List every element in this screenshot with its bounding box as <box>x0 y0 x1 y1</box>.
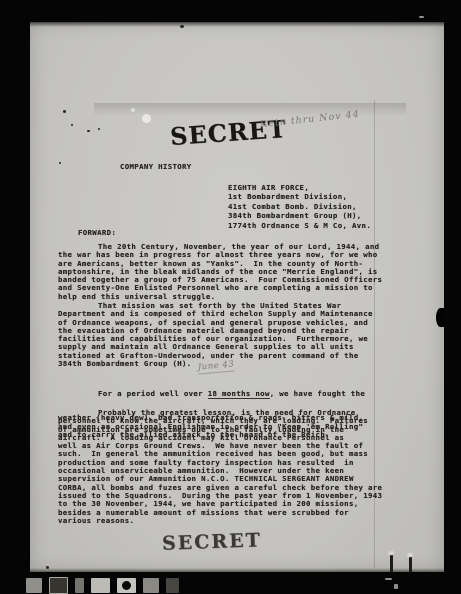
text-line: 384th Bombardment Group (H). <box>58 360 398 368</box>
paragraph-2: That mission was set forth by the United… <box>58 302 398 368</box>
text-line: For a period well over 18 months now, we… <box>58 390 398 398</box>
film-edge-blob <box>436 308 445 327</box>
punch-hole <box>142 114 151 123</box>
scan-speck <box>87 130 90 132</box>
test-patch <box>75 578 84 593</box>
unit-address-block: EIGHTH AIR FORCE,1st Bombardment Divisio… <box>228 184 371 231</box>
test-patch-with-circle <box>117 578 136 593</box>
scan-speck <box>59 162 61 164</box>
text-line: various reasons. <box>58 517 398 525</box>
test-patch <box>143 578 159 593</box>
film-tick-glow <box>388 551 394 555</box>
test-patch <box>26 578 42 593</box>
film-tick-mark <box>409 557 412 572</box>
film-edge-mark <box>385 578 392 580</box>
scan-speck <box>63 110 66 113</box>
scan-speck <box>180 25 184 28</box>
scan-speck <box>98 128 100 130</box>
film-test-patch-strip <box>26 577 179 593</box>
document-title: COMPANY HISTORY <box>120 163 192 171</box>
scan-speck <box>71 124 73 126</box>
page-bottom-edge <box>30 568 444 572</box>
line-segment: , we have fought the <box>270 389 365 398</box>
scan-speck <box>46 566 49 569</box>
film-edge-mark <box>394 584 398 589</box>
punch-hole-small <box>131 108 135 112</box>
page-top-edge <box>30 22 444 27</box>
film-tick-mark <box>390 555 393 572</box>
test-patch <box>49 577 68 594</box>
film-tick-glow <box>407 553 413 557</box>
circle-target <box>122 581 131 590</box>
secret-stamp-bottom: SECRET <box>162 529 262 554</box>
foreword-label: FORWARD: <box>78 229 116 237</box>
scanned-page: SECRET SECRET Retn thru Nov 44 June 43 C… <box>30 22 444 572</box>
test-patch <box>91 578 110 593</box>
line-segment: For a period well over <box>98 389 208 398</box>
test-patch <box>166 578 179 593</box>
film-edge-mark <box>419 16 424 18</box>
paragraph-1: The 20th Century, November, the year of … <box>58 243 398 301</box>
underlined-segment: 18 months now <box>208 389 270 400</box>
text-line: help end this universal struggle. <box>58 293 398 301</box>
microfilm-frame: SECRET SECRET Retn thru Nov 44 June 43 C… <box>0 0 461 594</box>
text-line: 1774th Ordnance S & M Co, Avn. <box>228 222 371 231</box>
paragraph-4: Probably the greatest lesson, is the nee… <box>58 409 398 525</box>
